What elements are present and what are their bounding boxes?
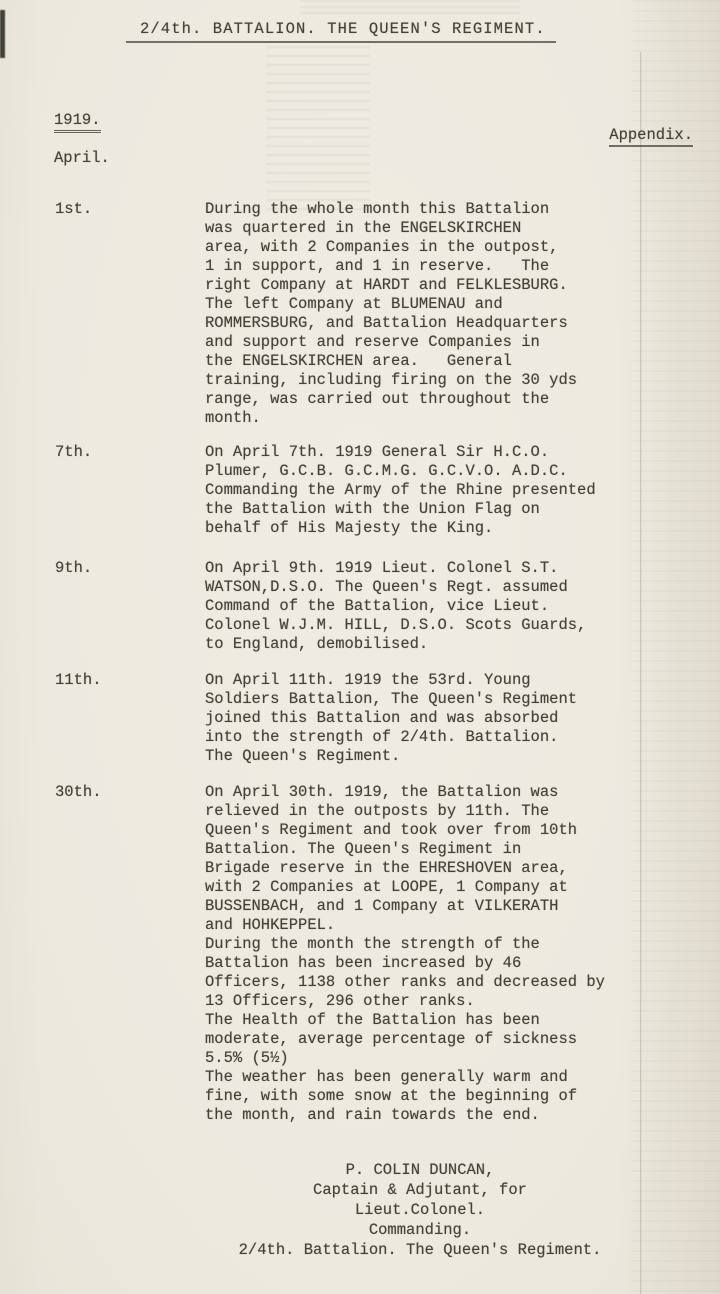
signatory-unit: 2/4th. Battalion. The Queen's Regiment. — [200, 1240, 640, 1260]
entry-day-label: 30th. — [55, 783, 205, 802]
diary-entry: 1st. During the whole month this Battali… — [55, 200, 660, 428]
page-title: 2/4th. BATTALION. THE QUEEN'S REGIMENT. — [126, 20, 556, 43]
ink-ghosting-left — [266, 46, 370, 216]
entry-day-label: 7th. — [55, 443, 205, 462]
signatory-rank: Captain & Adjutant, for — [200, 1180, 640, 1200]
entry-body-text: On April 9th. 1919 Lieut. Colonel S.T. W… — [205, 559, 660, 654]
ink-ghosting-top — [300, 0, 520, 18]
diary-page: 2/4th. BATTALION. THE QUEEN'S REGIMENT. … — [0, 0, 720, 1294]
entry-body-text: During the whole month this Battalion wa… — [205, 200, 660, 428]
entry-day-label: 11th. — [55, 671, 205, 690]
diary-entry: 7th. On April 7th. 1919 General Sir H.C.… — [55, 443, 660, 538]
entry-body-text: On April 30th. 1919, the Battalion was r… — [205, 783, 660, 1125]
diary-entry: 30th. On April 30th. 1919, the Battalion… — [55, 783, 660, 1125]
signatory-role: Commanding. — [200, 1220, 640, 1240]
month-heading: April. — [54, 149, 110, 167]
entry-body-text: On April 11th. 1919 the 53rd. Young Sold… — [205, 671, 660, 766]
scan-edge-mark — [0, 10, 5, 58]
entry-day-label: 1st. — [55, 200, 205, 219]
appendix-label: Appendix. — [609, 126, 693, 147]
diary-entry: 11th. On April 11th. 1919 the 53rd. Youn… — [55, 671, 660, 766]
signatory-name: P. COLIN DUNCAN, — [200, 1160, 640, 1180]
entry-day-label: 9th. — [55, 559, 205, 578]
diary-entry: 9th. On April 9th. 1919 Lieut. Colonel S… — [55, 559, 660, 654]
year-heading: 1919. — [54, 111, 101, 133]
signature-block: P. COLIN DUNCAN, Captain & Adjutant, for… — [200, 1160, 640, 1260]
entry-body-text: On April 7th. 1919 General Sir H.C.O. Pl… — [205, 443, 660, 538]
signatory-for-rank: Lieut.Colonel. — [200, 1200, 640, 1220]
